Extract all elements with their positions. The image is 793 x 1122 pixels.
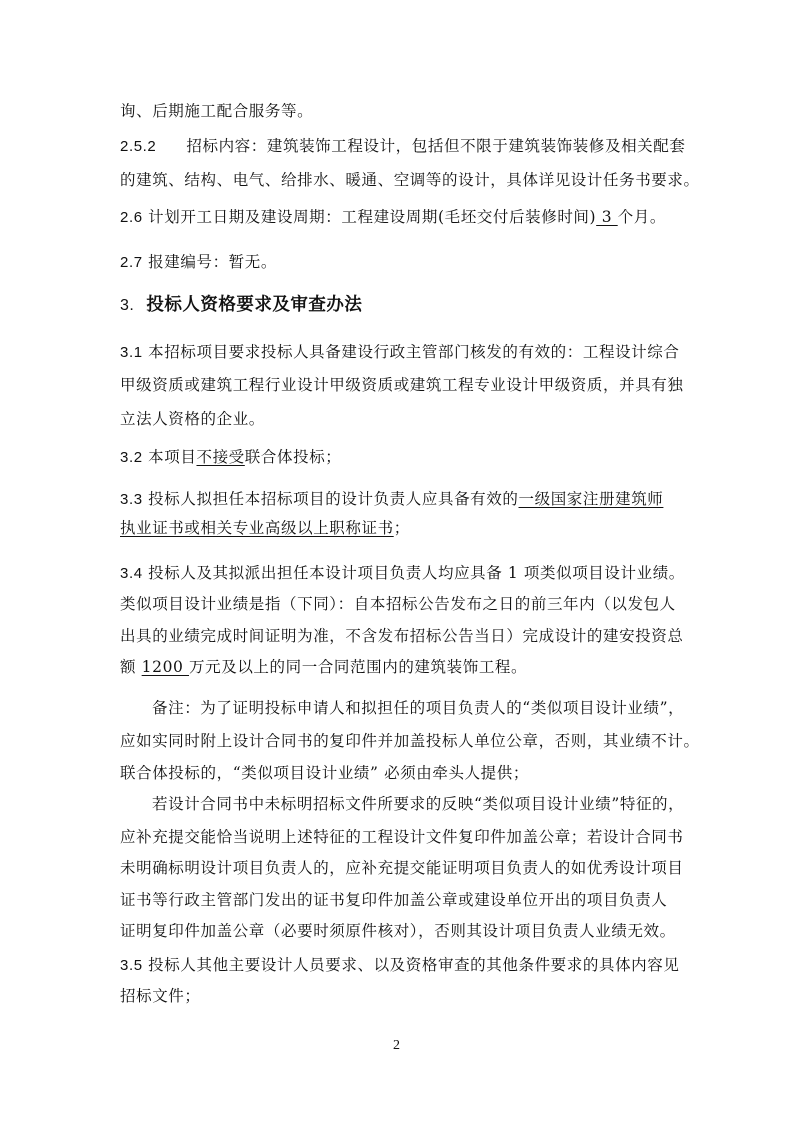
clause-number: 3.4 [120,565,143,582]
clause-text: 本项目 [143,448,197,466]
clause-text: 个月。 [618,208,666,226]
clause-number: 3.5 [120,957,143,974]
clause-number: 3.3 [120,491,143,508]
underlined-text: 不接受 [196,448,244,466]
clause-number: 2.5.2 [120,138,156,155]
section-heading: 3.投标人资格要求及审查办法 [120,295,680,316]
clause-number: 2.7 [120,254,143,271]
clause-2-5-2: 2.5.2招标内容：建筑装饰工程设计，包括但不限于建筑装饰装修及相关配套 [120,136,680,157]
section-title: 投标人资格要求及审查办法 [146,295,362,315]
page-number: 2 [0,1038,793,1054]
note-line: 未明确标明设计项目负责人的，应补充提交能证明项目负责人的如优秀设计项目 [120,858,680,878]
construction-period-value: 3 [596,208,618,226]
clause-text: 招标内容：建筑装饰工程设计，包括但不限于建筑装饰装修及相关配套 [186,137,685,155]
paragraph-line: 甲级资质或建筑工程行业设计甲级资质或建筑工程专业设计甲级资质，并具有独 [120,375,680,395]
clause-number: 3.1 [120,344,143,361]
clause-3-3: 3.3 投标人拟担任本招标项目的设计负责人应具备有效的一级国家注册建筑师 [120,489,680,510]
clause-3-1: 3.1 本招标项目要求投标人具备建设行政主管部门核发的有效的：工程设计综合 [120,342,680,363]
clause-text: 额 [120,658,142,676]
paragraph-line: 出具的业绩完成时间证明为准，不含发布招标公告当日）完成设计的建安投资总 [120,626,680,646]
paragraph-line: 执业证书或相关专业高级以上职称证书； [120,518,680,538]
document-page: 询、后期施工配合服务等。 2.5.2招标内容：建筑装饰工程设计，包括但不限于建筑… [0,0,793,1122]
note-line: 证书等行政主管部门发出的证书复印件加盖公章或建设单位开出的项目负责人 [120,890,680,910]
paragraph-line: 招标文件； [120,986,680,1006]
underlined-text: 一级国家注册建筑师 [519,490,664,508]
clause-3-4: 3.4 投标人及其拟派出担任本设计项目负责人均应具备 1 项类似项目设计业绩。 [120,563,680,584]
paragraph-line: 立法人资格的企业。 [120,409,680,429]
clause-text: 投标人其他主要设计人员要求、以及资格审查的其他条件要求的具体内容见 [143,956,680,974]
clause-text: ； [394,519,410,537]
note-line: 备注：为了证明投标申请人和拟担任的项目负责人的“类似项目设计业绩”， [152,698,712,718]
clause-number: 3.2 [120,449,143,466]
paragraph-line: 询、后期施工配合服务等。 [120,101,680,121]
underlined-text: 执业证书或相关专业高级以上职称证书 [120,519,394,537]
clause-text: 计划开工日期及建设周期：工程建设周期(毛坯交付后装修时间) [143,208,597,226]
investment-amount: 1200 [142,658,189,676]
note-line: 联合体投标的，“类似项目设计业绩” 必须由牵头人提供； [120,763,680,783]
section-number: 3. [120,297,134,314]
note-line: 应如实同时附上设计合同书的复印件并加盖投标人单位公章，否则，其业绩不计。 [120,731,680,751]
note-line: 若设计合同书中未标明招标文件所要求的反映“类似项目设计业绩”特征的， [152,794,712,814]
paragraph-line: 的建筑、结构、电气、给排水、暖通、空调等的设计，具体详见设计任务书要求。 [120,170,680,190]
clause-3-5: 3.5 投标人其他主要设计人员要求、以及资格审查的其他条件要求的具体内容见 [120,955,680,976]
clause-text: 报建编号：暂无。 [143,253,277,271]
paragraph-line: 额 1200 万元及以上的同一合同范围内的建筑装饰工程。 [120,657,680,677]
note-line: 证明复印件加盖公章（必要时须原件核对），否则其设计项目负责人业绩无效。 [120,921,680,941]
clause-number: 2.6 [120,209,143,226]
clause-text: 投标人拟担任本招标项目的设计负责人应具备有效的 [143,490,519,508]
clause-text: 本招标项目要求投标人具备建设行政主管部门核发的有效的：工程设计综合 [143,343,680,361]
note-line: 应补充提交能恰当说明上述特征的工程设计文件复印件加盖公章；若设计合同书 [120,827,680,847]
clause-2-6: 2.6 计划开工日期及建设周期：工程建设周期(毛坯交付后装修时间) 3 个月。 [120,207,680,228]
clause-2-7: 2.7 报建编号：暂无。 [120,252,680,273]
clause-3-2: 3.2 本项目不接受联合体投标； [120,447,680,468]
clause-text: 万元及以上的同一合同范围内的建筑装饰工程。 [189,658,527,676]
paragraph-line: 类似项目设计业绩是指（下同）：自本招标公告发布之日的前三年内（以发包人 [120,594,680,614]
clause-text: 联合体投标； [245,448,342,466]
clause-text: 投标人及其拟派出担任本设计项目负责人均应具备 1 项类似项目设计业绩。 [143,564,685,582]
